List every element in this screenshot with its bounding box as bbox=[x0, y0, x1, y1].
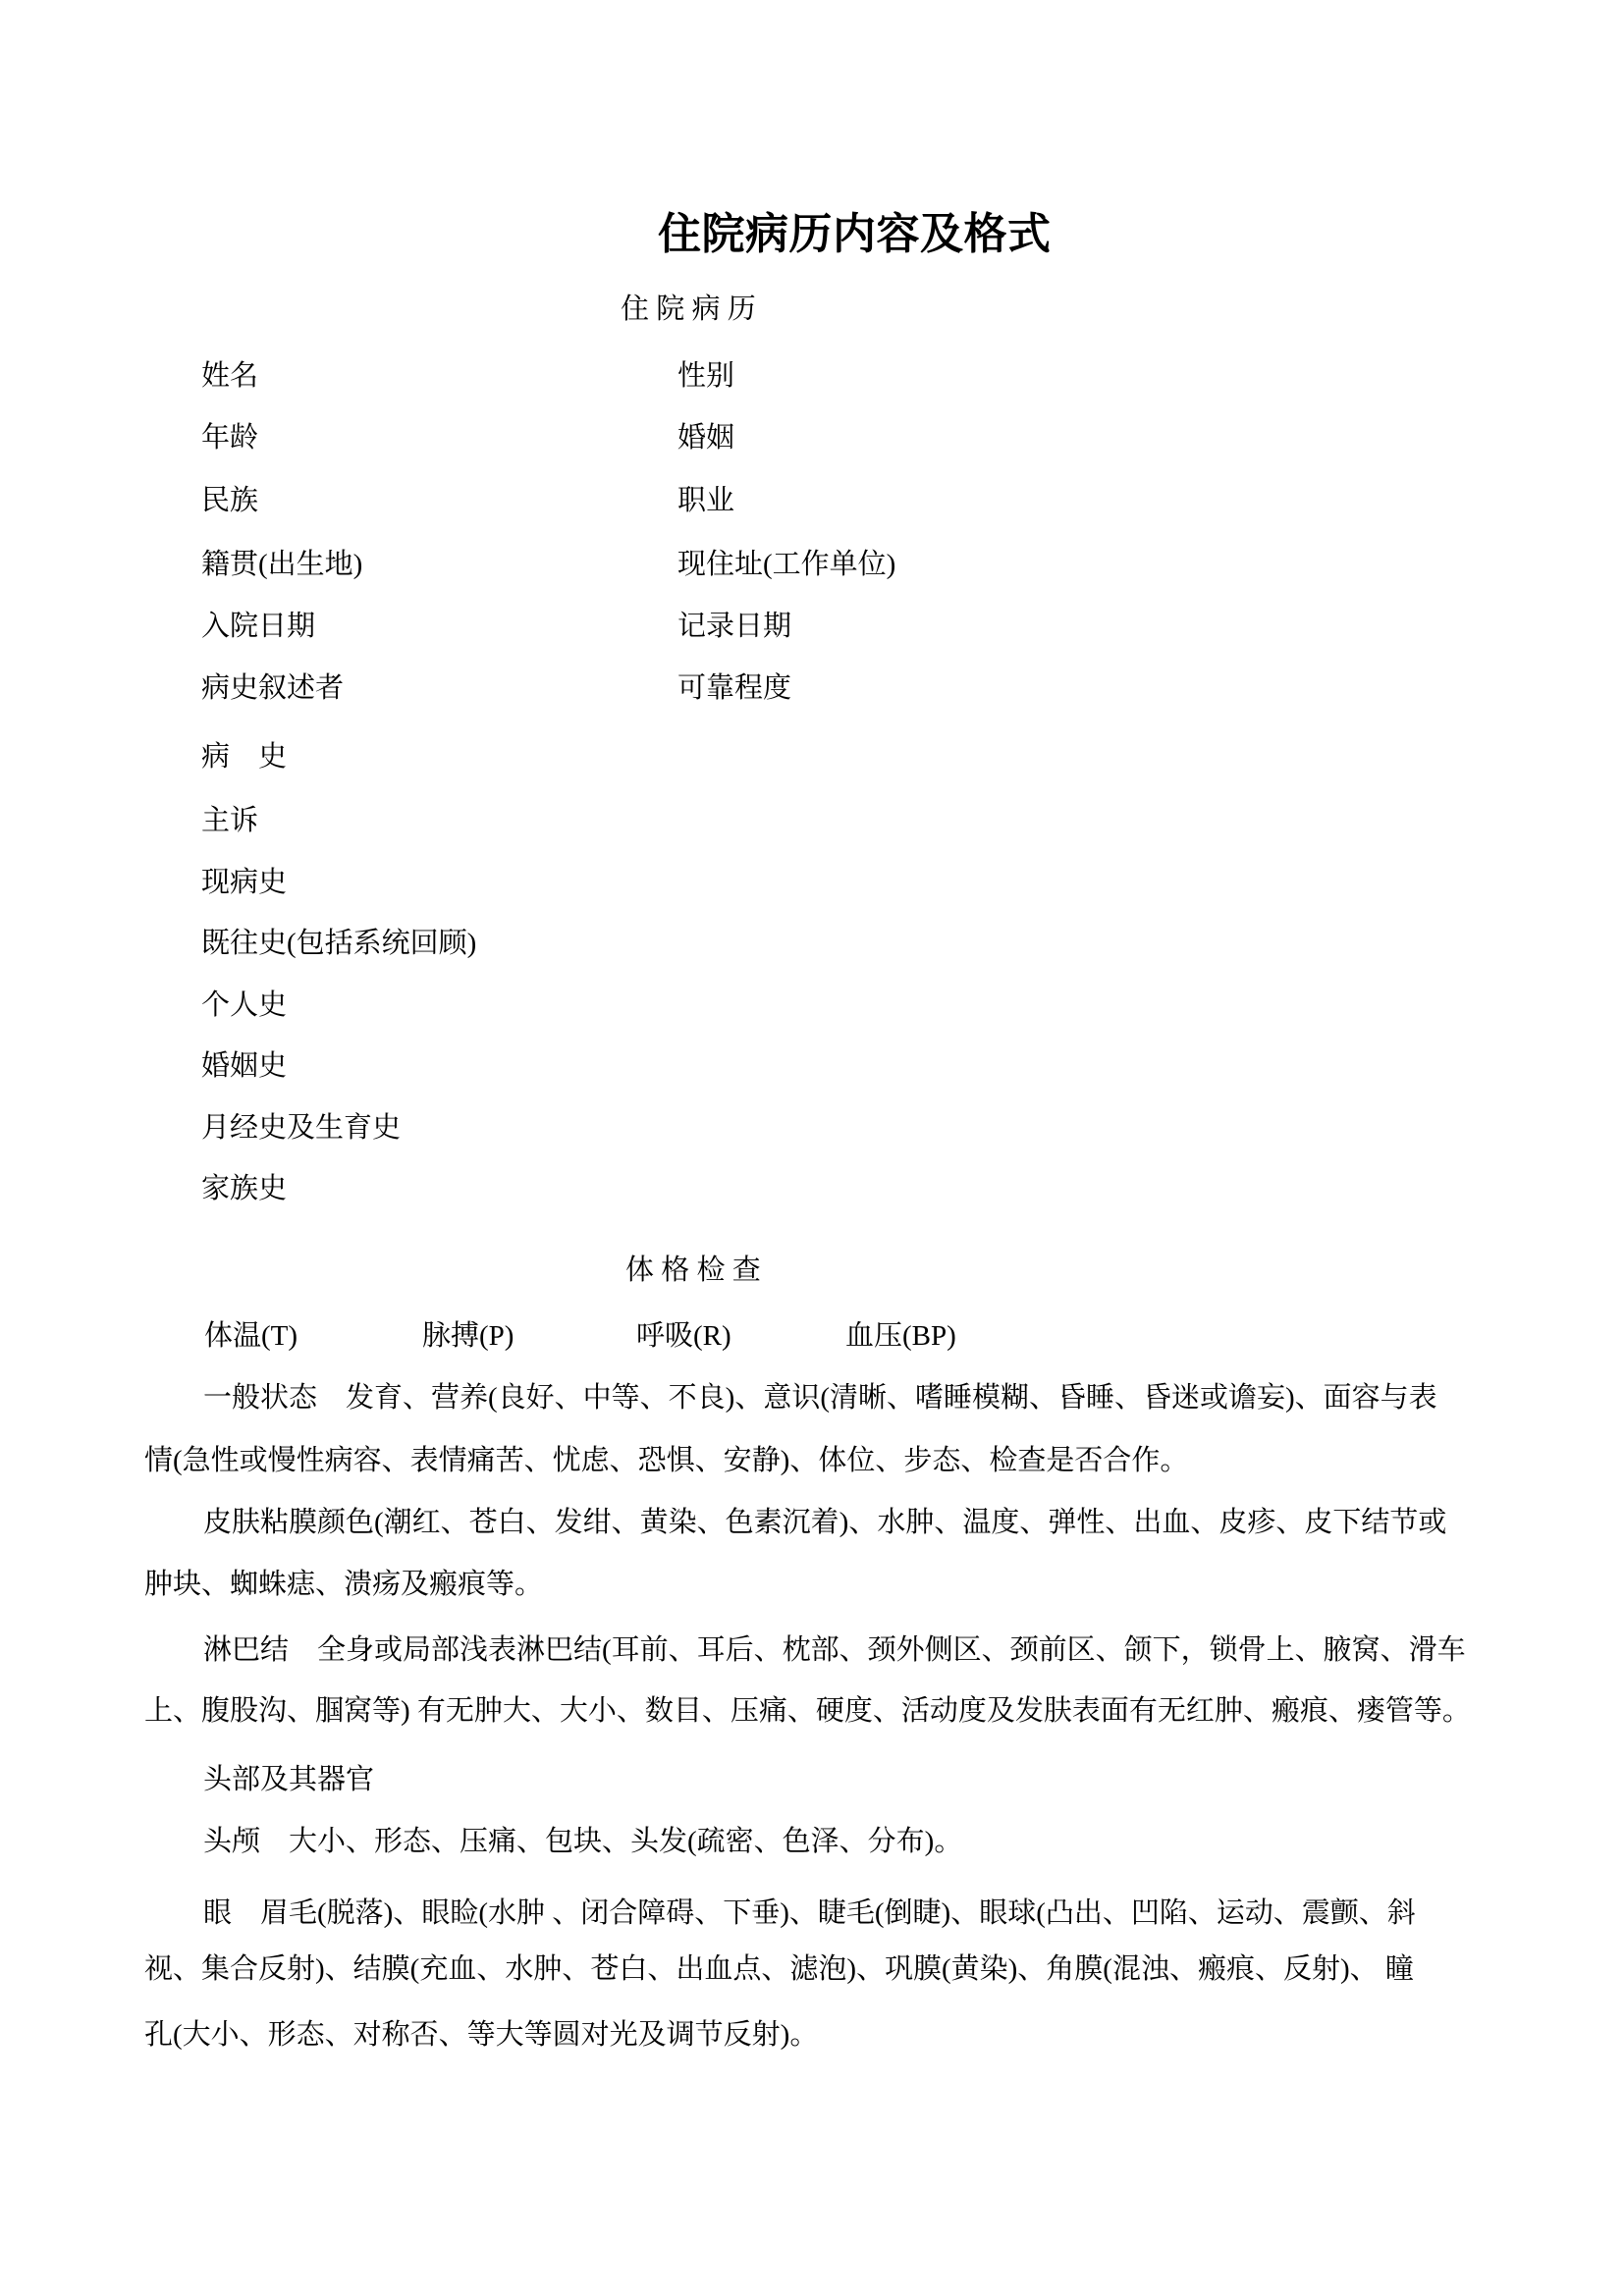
field-label-marriage: 婚姻 bbox=[677, 424, 734, 453]
paragraph-skull: 头颅 大小、形态、压痛、包块、头发(疏密、色泽、分布)。 bbox=[203, 1828, 962, 1856]
vital-respiration: 呼吸(R) bbox=[636, 1322, 731, 1351]
field-label-history-narrator: 病史叙述者 bbox=[201, 674, 344, 703]
history-item-family-history: 家族史 bbox=[201, 1175, 287, 1203]
section-label-head-and-organs: 头部及其器官 bbox=[203, 1766, 374, 1794]
page-title: 住院病历内容及格式 bbox=[658, 213, 1052, 256]
subtitle-inpatient-record: 住 院 病 历 bbox=[621, 295, 756, 324]
paragraph-eye-line-1: 眼 眉毛(脱落)、眼睑(水肿 、闭合障碍、下垂)、睫毛(倒睫)、眼球(凸出、凹陷… bbox=[203, 1899, 1416, 1928]
section-header-physical-exam: 体 格 检 查 bbox=[625, 1256, 761, 1285]
paragraph-skin-line-2: 肿块、蜘蛛痣、溃疡及瘢痕等。 bbox=[144, 1571, 543, 1599]
history-item-present-illness: 现病史 bbox=[201, 869, 287, 897]
history-item-menstrual-obstetric-history: 月经史及生育史 bbox=[201, 1114, 401, 1143]
vital-pulse: 脉搏(P) bbox=[422, 1322, 514, 1351]
field-label-reliability: 可靠程度 bbox=[677, 674, 791, 703]
field-label-name: 姓名 bbox=[201, 362, 258, 391]
history-item-past-history: 既往史(包括系统回顾) bbox=[201, 930, 476, 958]
paragraph-eye-line-3: 孔(大小、形态、对称否、等大等圆对光及调节反射)。 bbox=[144, 2021, 818, 2050]
vital-blood-pressure: 血压(BP) bbox=[845, 1322, 956, 1351]
field-label-current-address: 现住址(工作单位) bbox=[677, 551, 895, 579]
field-label-record-date: 记录日期 bbox=[677, 613, 791, 641]
history-item-personal-history: 个人史 bbox=[201, 991, 287, 1020]
field-label-ethnicity: 民族 bbox=[201, 487, 258, 515]
field-label-age: 年龄 bbox=[201, 424, 258, 453]
field-label-occupation: 职业 bbox=[677, 487, 734, 515]
field-label-admission-date: 入院日期 bbox=[201, 613, 315, 641]
inpatient-medical-record-document: 住院病历内容及格式 住 院 病 历 姓名 性别 年龄 婚姻 民族 职业 籍贯(出… bbox=[0, 0, 1624, 2296]
paragraph-skin-line-1: 皮肤粘膜颜色(潮红、苍白、发绀、黄染、色素沉着)、水肿、温度、弹性、出血、皮疹、… bbox=[203, 1509, 1446, 1537]
field-label-native-place: 籍贯(出生地) bbox=[201, 551, 362, 579]
vital-temperature: 体温(T) bbox=[204, 1322, 298, 1351]
history-item-chief-complaint: 主诉 bbox=[201, 807, 258, 835]
paragraph-general-state-line-1: 一般状态 发育、营养(良好、中等、不良)、意识(清晰、嗜睡模糊、昏睡、昏迷或谵妄… bbox=[203, 1384, 1437, 1413]
paragraph-general-state-line-2: 情(急性或慢性病容、表情痛苦、忧虑、恐惧、安静)、体位、步态、检查是否合作。 bbox=[144, 1447, 1188, 1475]
section-label-history: 病 史 bbox=[201, 743, 287, 772]
paragraph-lymph-nodes-line-1: 淋巴结 全身或局部浅表淋巴结(耳前、耳后、枕部、颈外侧区、颈前区、颌下，锁骨上、… bbox=[203, 1636, 1466, 1665]
history-item-marital-history: 婚姻史 bbox=[201, 1052, 287, 1081]
paragraph-eye-line-2: 视、集合反射)、结膜(充血、水肿、苍白、出血点、滤泡)、巩膜(黄染)、角膜(混浊… bbox=[144, 1955, 1414, 1984]
paragraph-lymph-nodes-line-2: 上、腹股沟、腘窝等) 有无肿大、大小、数目、压痛、硬度、活动度及发肤表面有无红肿… bbox=[144, 1697, 1471, 1726]
field-label-sex: 性别 bbox=[677, 362, 734, 391]
